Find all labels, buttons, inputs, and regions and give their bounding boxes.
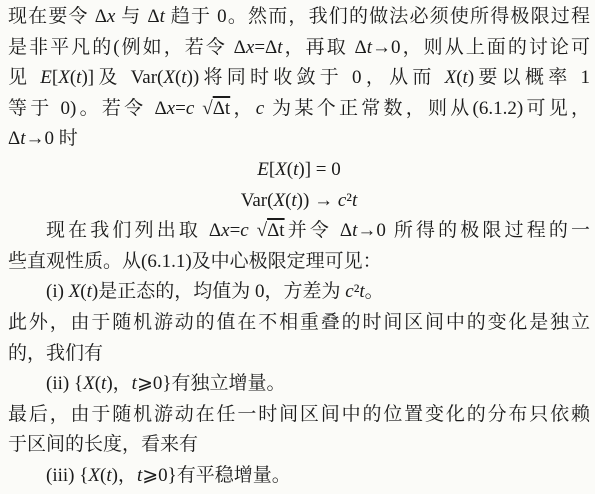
text-segment: ，再取	[283, 37, 355, 58]
text-segment: E	[40, 67, 52, 88]
formula-variance: Var(X(t)) → c²t	[8, 186, 590, 217]
para1-line3: 见 E[X(t)]及 Var(X(t))将同时收敛于 0，从而 X(t)要以概率…	[8, 63, 590, 94]
para3-line2: 的，我们有	[8, 339, 590, 370]
text-segment: 的，我们有	[8, 343, 103, 364]
para1-line5: Δt→0 时	[8, 124, 590, 155]
para3-line1: 此外，由于随机游动的值在不相重叠的时间区间中的变化是独立	[8, 308, 590, 339]
text-segment: )] = 0	[298, 159, 340, 180]
text-segment: X	[69, 281, 81, 302]
text-segment: 趋于 0。然而，我们的做法必须使所得极限过程	[165, 6, 590, 27]
text-segment: 是正态的，均值为 0，方差为	[98, 281, 345, 302]
text-segment: (ii) {	[46, 373, 83, 394]
text-segment: 时	[54, 128, 78, 149]
text-segment: →0	[372, 37, 401, 58]
text-segment: t	[352, 190, 357, 211]
text-segment: 现在我们列出取	[46, 220, 209, 241]
text-segment: Var(	[241, 190, 274, 211]
text-segment: X	[58, 67, 70, 88]
text-segment: x	[167, 98, 175, 119]
text-segment: 是非平凡的(例如，若令	[8, 37, 234, 58]
text-segment: 现在要令	[8, 6, 95, 27]
text-segment: →0	[26, 128, 55, 149]
para1-line2: 是非平凡的(例如，若令 Δx=Δt，再取 Δt→0，则从上面的讨论可	[8, 33, 590, 64]
text-segment: c	[186, 98, 194, 119]
text-segment: ⩾0}	[137, 373, 172, 394]
text-segment: =	[230, 220, 241, 241]
text-segment: 有平稳增量。	[177, 465, 291, 486]
text-segment: 并令	[285, 220, 340, 241]
document-lines: 现在要令 Δx 与 Δt 趋于 0。然而，我们的做法必须使所得极限过程是非平凡的…	[8, 2, 590, 492]
text-segment: 此外，由于随机游动的值在不相重叠的时间区间中的变化是独立	[8, 312, 590, 333]
text-segment: ，	[113, 373, 132, 394]
text-segment: 将同时收敛于 0，从而	[199, 67, 444, 88]
para2-line2: 些直观性质。从(6.1.1)及中心极限定理可见：	[8, 247, 590, 278]
text-segment: X	[275, 159, 287, 180]
text-segment: Δt	[267, 220, 285, 241]
text-segment: X	[83, 373, 95, 394]
text-segment: 与	[115, 6, 147, 27]
text-segment: ，则从上面的讨论可	[401, 37, 590, 58]
text-segment: ⩾0}	[142, 465, 177, 486]
text-segment: Δ	[147, 6, 159, 27]
item-iii: (iii) {X(t)，t⩾0}有平稳增量。	[8, 461, 590, 492]
text-segment: X	[88, 465, 100, 486]
text-segment: ，	[230, 98, 256, 119]
text-segment: (i)	[46, 281, 69, 302]
formula-expectation: E[X(t)] = 0	[8, 155, 590, 186]
text-segment: c	[240, 220, 248, 241]
text-segment: 等于 0)。若令	[8, 98, 154, 119]
text-segment	[249, 220, 257, 241]
text-segment: c	[338, 190, 346, 211]
text-segment: Δ	[209, 220, 221, 241]
text-segment: Δt	[213, 98, 231, 119]
text-segment: )) →	[297, 190, 338, 211]
text-segment: Δ	[265, 37, 277, 58]
document-page: 现在要令 Δx 与 Δt 趋于 0。然而，我们的做法必须使所得极限过程是非平凡的…	[0, 0, 595, 494]
text-segment: =	[175, 98, 186, 119]
text-segment: 为某个正常数，则从(6.1.2)可见，	[264, 98, 590, 119]
para4-line2: 于区间的长度，看来有	[8, 430, 590, 461]
text-segment: c	[256, 98, 264, 119]
text-segment: 及	[94, 67, 131, 88]
text-segment: Δ	[95, 6, 107, 27]
text-segment: √	[257, 220, 267, 241]
item-i: (i) X(t)是正态的，均值为 0，方差为 c²t。	[8, 277, 590, 308]
text-segment: 有独立增量。	[171, 373, 285, 394]
text-segment: Var(	[131, 67, 164, 88]
text-segment: 。	[365, 281, 384, 302]
text-segment: Δ	[154, 98, 166, 119]
text-segment: ))	[187, 67, 200, 88]
text-segment: 所得的极限过程的一	[386, 220, 590, 241]
text-segment: Δ	[340, 220, 352, 241]
para4-line1: 最后，由于随机游动在任一时间区间中的位置变化的分布只依赖	[8, 400, 590, 431]
text-segment: 些直观性质。从(6.1.1)及中心极限定理可见：	[8, 251, 382, 272]
text-segment: E	[257, 159, 269, 180]
text-segment: ，	[118, 465, 137, 486]
text-segment: 最后，由于随机游动在任一时间区间中的位置变化的分布只依赖	[8, 404, 590, 425]
text-segment: Δ	[234, 37, 246, 58]
text-segment: x	[221, 220, 229, 241]
text-segment: 要以概率 1	[474, 67, 590, 88]
text-segment: √	[202, 98, 212, 119]
text-segment: X	[163, 67, 175, 88]
para1-line4: 等于 0)。若令 Δx=c √Δt，c 为某个正常数，则从(6.1.2)可见，	[8, 94, 590, 125]
para2-line1: 现在我们列出取 Δx=c √Δt并令 Δt→0 所得的极限过程的一	[8, 216, 590, 247]
item-ii: (ii) {X(t)，t⩾0}有独立增量。	[8, 369, 590, 400]
text-segment: 于区间的长度，看来有	[8, 434, 198, 455]
text-segment: c	[345, 281, 353, 302]
text-segment: (iii) {	[46, 465, 88, 486]
text-segment: X	[273, 190, 285, 211]
text-segment: X	[445, 67, 457, 88]
text-segment: =	[254, 37, 265, 58]
text-segment: Δ	[355, 37, 367, 58]
text-segment: Δ	[8, 128, 20, 149]
text-segment: )]	[81, 67, 94, 88]
text-segment: →0	[357, 220, 386, 241]
para1-line1: 现在要令 Δx 与 Δt 趋于 0。然而，我们的做法必须使所得极限过程	[8, 2, 590, 33]
text-segment: 见	[8, 67, 40, 88]
